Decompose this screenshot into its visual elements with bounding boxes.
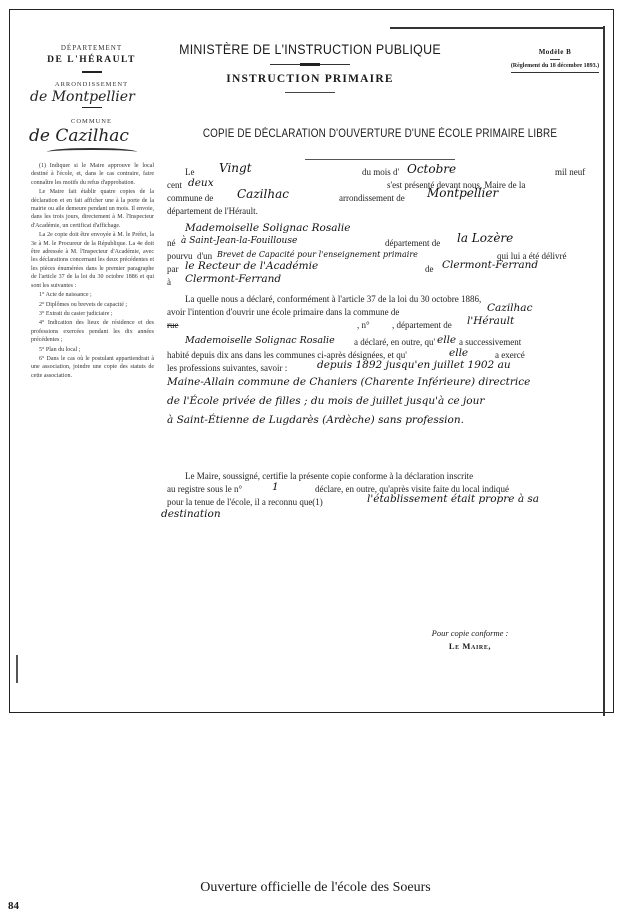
decorative-swash xyxy=(47,148,137,156)
text: par xyxy=(167,263,179,276)
handwritten-verdict: l'établissement était propre à sa xyxy=(367,493,539,506)
text-struck: rue xyxy=(167,319,179,332)
title-ornament xyxy=(305,159,455,160)
text: né xyxy=(167,237,176,250)
handwritten-month: Octobre xyxy=(407,163,456,176)
handwritten-arrondissement: Montpellier xyxy=(427,187,498,200)
departement-label: DÉPARTEMENT xyxy=(25,44,158,52)
text: , département de xyxy=(392,319,452,332)
handwritten-name: Mademoiselle Solignac Rosalie xyxy=(185,334,335,347)
handwritten-authority: le Recteur de l'Académie xyxy=(185,260,318,273)
handwritten-place: Clermont-Ferrand xyxy=(185,273,281,286)
handwritten-verdict: destination xyxy=(161,508,221,521)
model-label: Modèle B xyxy=(500,48,610,56)
handwritten-pronoun: elle xyxy=(437,334,456,347)
text: au registre sous le n° xyxy=(167,483,242,496)
note-paragraph: (1) Indiquer si le Maire approuve le loc… xyxy=(31,162,154,187)
text: Le Maire, soussigné, certifie la présent… xyxy=(185,470,473,483)
model-box: Modèle B (Règlement du 18 décembre 1893.… xyxy=(500,48,610,73)
text: a déclaré, en outre, qu' xyxy=(354,336,435,349)
commune-handwritten: de Cazilhac xyxy=(25,126,158,146)
handwritten-commune: Cazilhac xyxy=(487,302,532,315)
declaration-title: COPIE DE DÉCLARATION D'OUVERTURE D'UNE É… xyxy=(191,128,569,140)
page-number: 84 xyxy=(8,900,19,912)
text: de xyxy=(425,263,434,276)
text: avoir l'intention d'ouvrir une école pri… xyxy=(167,306,399,319)
text: arrondissement de xyxy=(339,192,405,205)
inner-border-top xyxy=(390,27,604,29)
handwritten-department: la Lozère xyxy=(457,232,513,245)
handwritten-birthplace: à Saint-Jean-la-Fouillouse xyxy=(181,235,297,248)
handwritten-register-number: 1 xyxy=(272,481,279,494)
document-header: MINISTÈRE DE L'INSTRUCTION PUBLIQUE INST… xyxy=(160,42,460,93)
handwritten-commune: Cazilhac xyxy=(237,188,289,201)
handwritten-department: l'Hérault xyxy=(467,315,514,328)
divider xyxy=(511,72,599,73)
left-margin-column: DÉPARTEMENT DE L'HÉRAULT ARRONDISSEMENT … xyxy=(25,40,158,381)
handwritten-residence: Maine-Allain commune de Chaniers (Charen… xyxy=(167,376,530,389)
note-item: 3° Extrait du casier judiciaire ; xyxy=(31,310,154,318)
note-item: 1° Acte de naissance ; xyxy=(31,291,154,299)
ornament-rule xyxy=(270,64,350,65)
text: commune de xyxy=(167,192,213,205)
divider xyxy=(82,107,102,109)
handwritten-year: deux xyxy=(188,177,214,190)
regulation-reference: (Règlement du 18 décembre 1893.) xyxy=(500,63,610,69)
handwritten-place: Clermont-Ferrand xyxy=(442,259,538,272)
departement-name: DE L'HÉRAULT xyxy=(25,55,158,65)
arrondissement-label: ARRONDISSEMENT xyxy=(25,81,158,88)
signature-block: Pour copie conforme : Le Maire, xyxy=(400,627,540,653)
handwritten-residence: de l'École privée de filles ; du mois de… xyxy=(167,395,484,408)
signature-label: Pour copie conforme : xyxy=(400,627,540,640)
text: a successivement xyxy=(459,336,521,349)
note-item: 2° Diplômes ou brevets de capacité ; xyxy=(31,301,154,309)
scan-mark xyxy=(16,655,18,683)
text: à xyxy=(167,276,171,289)
declaration-body: Le Vingt du mois d' Octobre mil neuf cen… xyxy=(167,162,597,522)
note-paragraph: Le Maire fait établir quatre copies de l… xyxy=(31,188,154,230)
divider xyxy=(550,59,560,60)
ornament-rule xyxy=(285,92,335,93)
margin-notes: (1) Indiquer si le Maire approuve le loc… xyxy=(25,162,158,380)
note-item: 6° Dans le cas où le postulant appartien… xyxy=(31,355,154,380)
text: les professions suivantes, savoir : xyxy=(167,362,287,375)
arrondissement-handwritten: de Montpellier xyxy=(25,89,158,105)
note-item: 5° Plan du local ; xyxy=(31,346,154,354)
handwritten-residence: depuis 1892 jusqu'en juillet 1902 au xyxy=(317,359,511,372)
text: du mois d' xyxy=(362,166,399,179)
figure-caption: Ouverture officielle de l'école des Soeu… xyxy=(0,880,631,896)
text: , n° xyxy=(357,319,370,332)
note-item: 4° Indication des lieux de résidence et … xyxy=(31,319,154,344)
ministry-title: MINISTÈRE DE L'INSTRUCTION PUBLIQUE xyxy=(172,42,448,57)
handwritten-day: Vingt xyxy=(219,162,252,175)
commune-label: COMMUNE xyxy=(25,118,158,125)
divider xyxy=(82,71,102,73)
handwritten-name: Mademoiselle Solignac Rosalie xyxy=(185,222,350,235)
handwritten-residence: à Saint-Étienne de Lugdarès (Ardèche) sa… xyxy=(167,414,464,427)
text: département de l'Hérault. xyxy=(167,205,258,218)
text: La quelle nous a déclaré, conformément à… xyxy=(185,293,481,306)
note-paragraph: La 2e copie doit être envoyée à M. le Pr… xyxy=(31,231,154,290)
text: cent xyxy=(167,179,182,192)
signatory-title: Le Maire, xyxy=(400,640,540,653)
section-title: INSTRUCTION PRIMAIRE xyxy=(160,73,460,85)
inner-border-right xyxy=(603,26,605,716)
text: mil neuf xyxy=(555,166,585,179)
